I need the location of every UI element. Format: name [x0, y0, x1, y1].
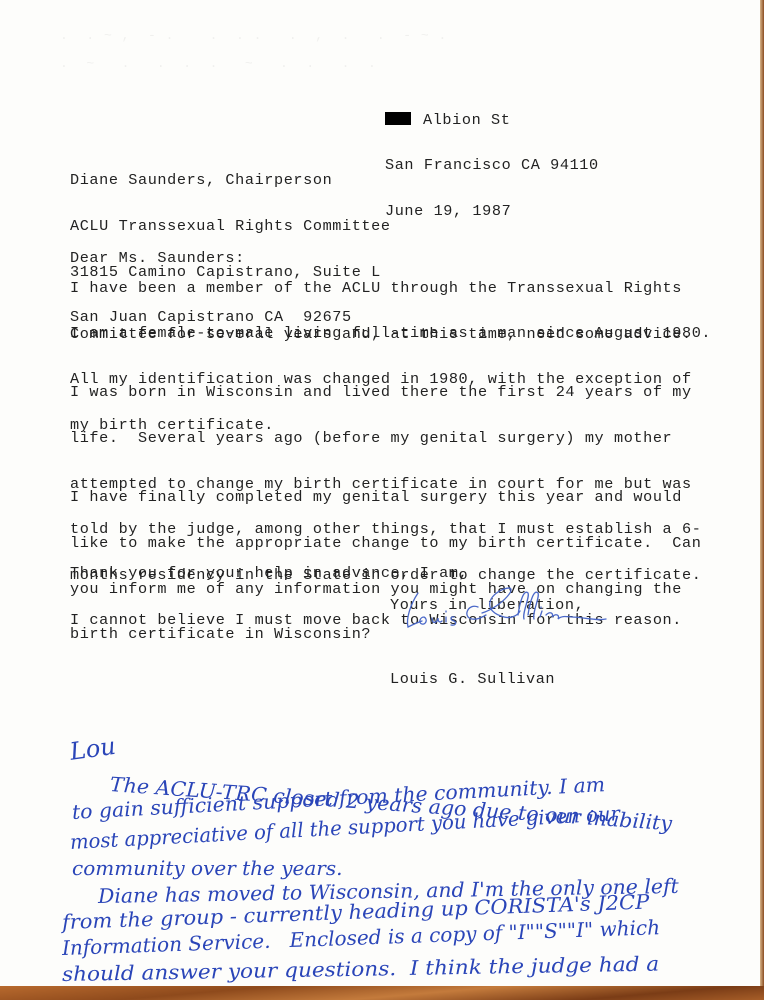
handwritten-line: Lou [68, 732, 117, 766]
recipient-line: Diane Saunders, Chairperson [70, 173, 391, 188]
letter-page: . . ~ , - . . . . . , . . - ~ . . ~ . . … [0, 0, 760, 990]
sender-city-line: San Francisco CA 94110 [385, 158, 599, 173]
signature [400, 585, 650, 635]
handwritten-line: community over the years. [72, 856, 342, 880]
letter-date: June 19, 1987 [385, 204, 599, 219]
bleed-through-text: . ~ . . . . ~ . . . . [60, 56, 377, 71]
page-edge-shadow [760, 0, 764, 1000]
typed-signature-name: Louis G. Sullivan [390, 642, 555, 718]
bleed-through-text: . . ~ , - . . . . . , . . - ~ . [60, 28, 447, 43]
sender-address: Albion St San Francisco CA 94110 June 19… [385, 82, 599, 249]
redaction-box [385, 112, 411, 125]
sender-street-line: Albion St [385, 112, 599, 127]
wood-surface-background [0, 986, 764, 1000]
